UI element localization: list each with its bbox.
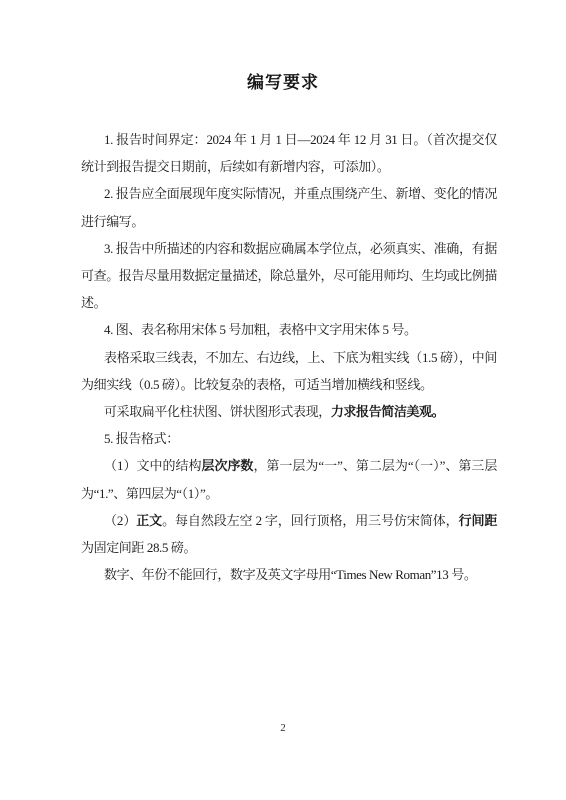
paragraph: 数字、年份不能回行，数字及英文字母用“Times New Roman”13 号。 (81, 561, 497, 588)
paragraph: 1. 报告时间界定：2024 年 1 月 1 日—2024 年 12 月 31 … (81, 126, 497, 180)
page-title: 编写要求 (0, 0, 566, 92)
paragraph: （1）文中的结构层次序数，第一层为“一”、第二层为“（一）”、第三层为“1.”、… (81, 452, 497, 506)
page-number: 2 (0, 722, 566, 734)
text-run: 4. 图、表名称用宋体 5 号加粗，表格中文字用宋体 5 号。 (104, 322, 417, 337)
text-run: （2） (104, 513, 136, 528)
text-run: 为固定间距 28.5 磅。 (81, 540, 196, 555)
text-run: 2. 报告应全面展现年度实际情况，并重点围绕产生、新增、变化的情况进行编写。 (81, 186, 497, 228)
bold-run: 正文 (136, 513, 162, 528)
paragraph: 2. 报告应全面展现年度实际情况，并重点围绕产生、新增、变化的情况进行编写。 (81, 180, 497, 234)
bold-run: 行间距 (459, 513, 497, 528)
text-run: 表格采取三线表，不加左、右边线，上、下底为粗实线（1.5 磅），中间为细实线（0… (81, 350, 497, 392)
paragraph: 3. 报告中所描述的内容和数据应确属本学位点，必须真实、准确，有据可查。报告尽量… (81, 235, 497, 317)
paragraph: 表格采取三线表，不加左、右边线，上、下底为粗实线（1.5 磅），中间为细实线（0… (81, 344, 497, 398)
paragraph: 5. 报告格式： (81, 425, 497, 452)
bold-run: 层次序数 (201, 458, 253, 473)
text-run: 3. 报告中所描述的内容和数据应确属本学位点，必须真实、准确，有据可查。报告尽量… (81, 241, 497, 310)
document-page: 编写要求 1. 报告时间界定：2024 年 1 月 1 日—2024 年 12 … (0, 0, 566, 800)
bold-run: 力求报告简洁美观。 (331, 404, 444, 419)
text-run: （1）文中的结构 (104, 458, 201, 473)
text-run: 。每自然段左空 2 字，回行顶格，用三号仿宋简体， (162, 513, 458, 528)
text-run: 1. 报告时间界定：2024 年 1 月 1 日—2024 年 12 月 31 … (81, 132, 497, 174)
paragraph: （2）正文。每自然段左空 2 字，回行顶格，用三号仿宋简体，行间距为固定间距 2… (81, 507, 497, 561)
text-run: 数字、年份不能回行，数字及英文字母用“Times New Roman”13 号。 (104, 567, 476, 582)
paragraph: 4. 图、表名称用宋体 5 号加粗，表格中文字用宋体 5 号。 (81, 316, 497, 343)
text-run: 可采取扁平化柱状图、饼状图形式表现， (104, 404, 331, 419)
document-body: 1. 报告时间界定：2024 年 1 月 1 日—2024 年 12 月 31 … (81, 126, 497, 588)
text-run: 5. 报告格式： (104, 431, 179, 446)
paragraph: 可采取扁平化柱状图、饼状图形式表现，力求报告简洁美观。 (81, 398, 497, 425)
